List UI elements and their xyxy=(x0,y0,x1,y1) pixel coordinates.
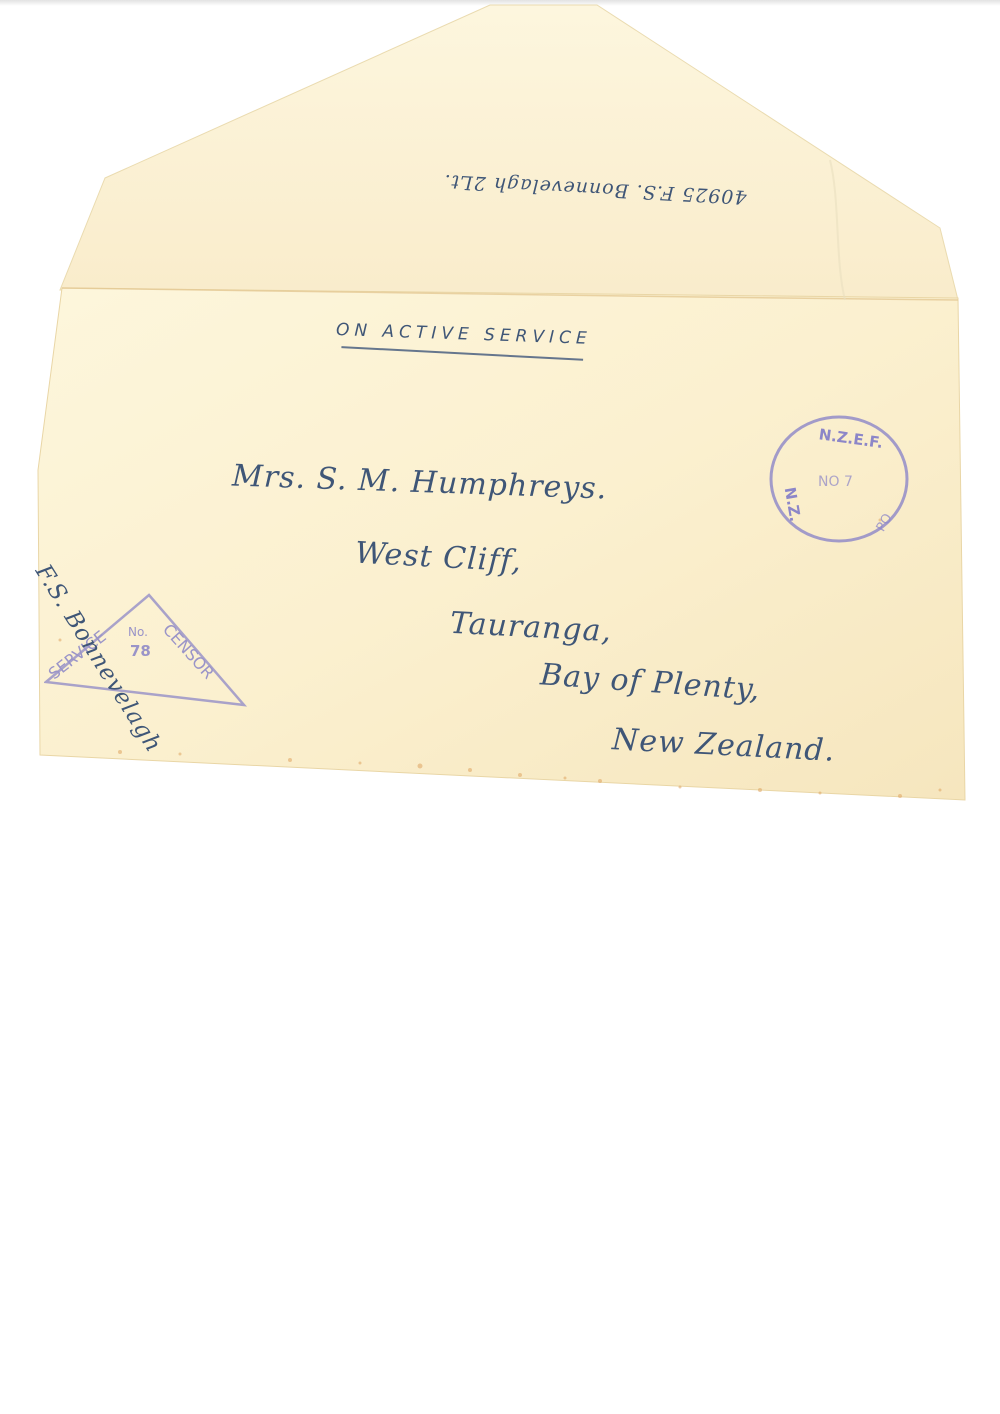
censor-right-text: CENSOR xyxy=(159,620,218,683)
envelope-flap xyxy=(60,5,958,300)
censor-number-label: No. xyxy=(128,625,148,639)
censor-number: 78 xyxy=(130,642,151,660)
postmark-center-text: NO 7 xyxy=(818,474,853,490)
postmark-top-text: N.Z.E.F. xyxy=(818,425,884,452)
nzef-postmark: N.Z.E.F. NO 7 N.Z. PO xyxy=(768,414,910,544)
